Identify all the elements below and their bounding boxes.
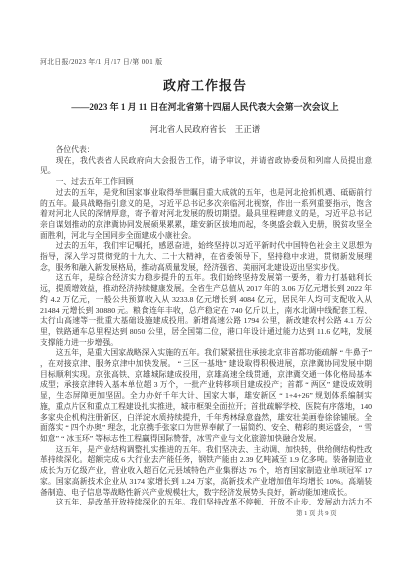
document-page: 河北日报/2023 年/1 月/17 日/第 001 版 政府工作报告 ——20… <box>0 0 410 580</box>
paragraph: 过去的五年，我们牢记嘱托，感恩奋进，始终坚持以习近平新时代中国特色社会主义思想为… <box>40 241 372 273</box>
paragraph: 这五年，是产业结构调整扎实推进的五年。我们坚决去、主动调、加快转，供给侧结构性改… <box>40 445 372 499</box>
paragraph: 过去的五年，是党和国家事业取得举世瞩目重大成就的五年，也是河北抢抓机遇、砥砺前行… <box>40 188 372 242</box>
section-heading: 一、过去五年工作回顾 <box>40 177 372 188</box>
salutation: 各位代表： <box>40 145 372 156</box>
report-body: 各位代表： 现在，我代表省人民政府向大会报告工作，请予审议，并请省政协委员和列席… <box>40 145 372 505</box>
page-number: 第 1 页 共 9 页 <box>296 508 337 517</box>
document-title: 政府工作报告 <box>0 75 410 94</box>
paragraph: 这五年，是综合经济实力稳步提升的五年。我们始终坚持发展第一要务，着力打基础利长远… <box>40 273 372 348</box>
paragraph: 这五年，是重大国家战略深入实施的五年。我们紧紧扭住承接北京非首都功能疏解 “ 牛… <box>40 348 372 444</box>
paragraph: 现在，我代表省人民政府向大会报告工作，请予审议，并请省政协委员和列席人员提出意见… <box>40 156 372 177</box>
masthead-source-line: 河北日报/2023 年/1 月/17 日/第 001 版 <box>40 56 162 66</box>
document-subtitle: ——2023 年 1 月 11 日在河北省第十四届人民代表大会第一次会议上 <box>0 100 410 113</box>
byline: 河北省人民政府省长 王正谱 <box>0 123 410 135</box>
paragraph: 这五年，是改革开放持续深化的五年。我们坚持改革不停顿、开放不止步，发展动力活力不… <box>40 498 372 505</box>
